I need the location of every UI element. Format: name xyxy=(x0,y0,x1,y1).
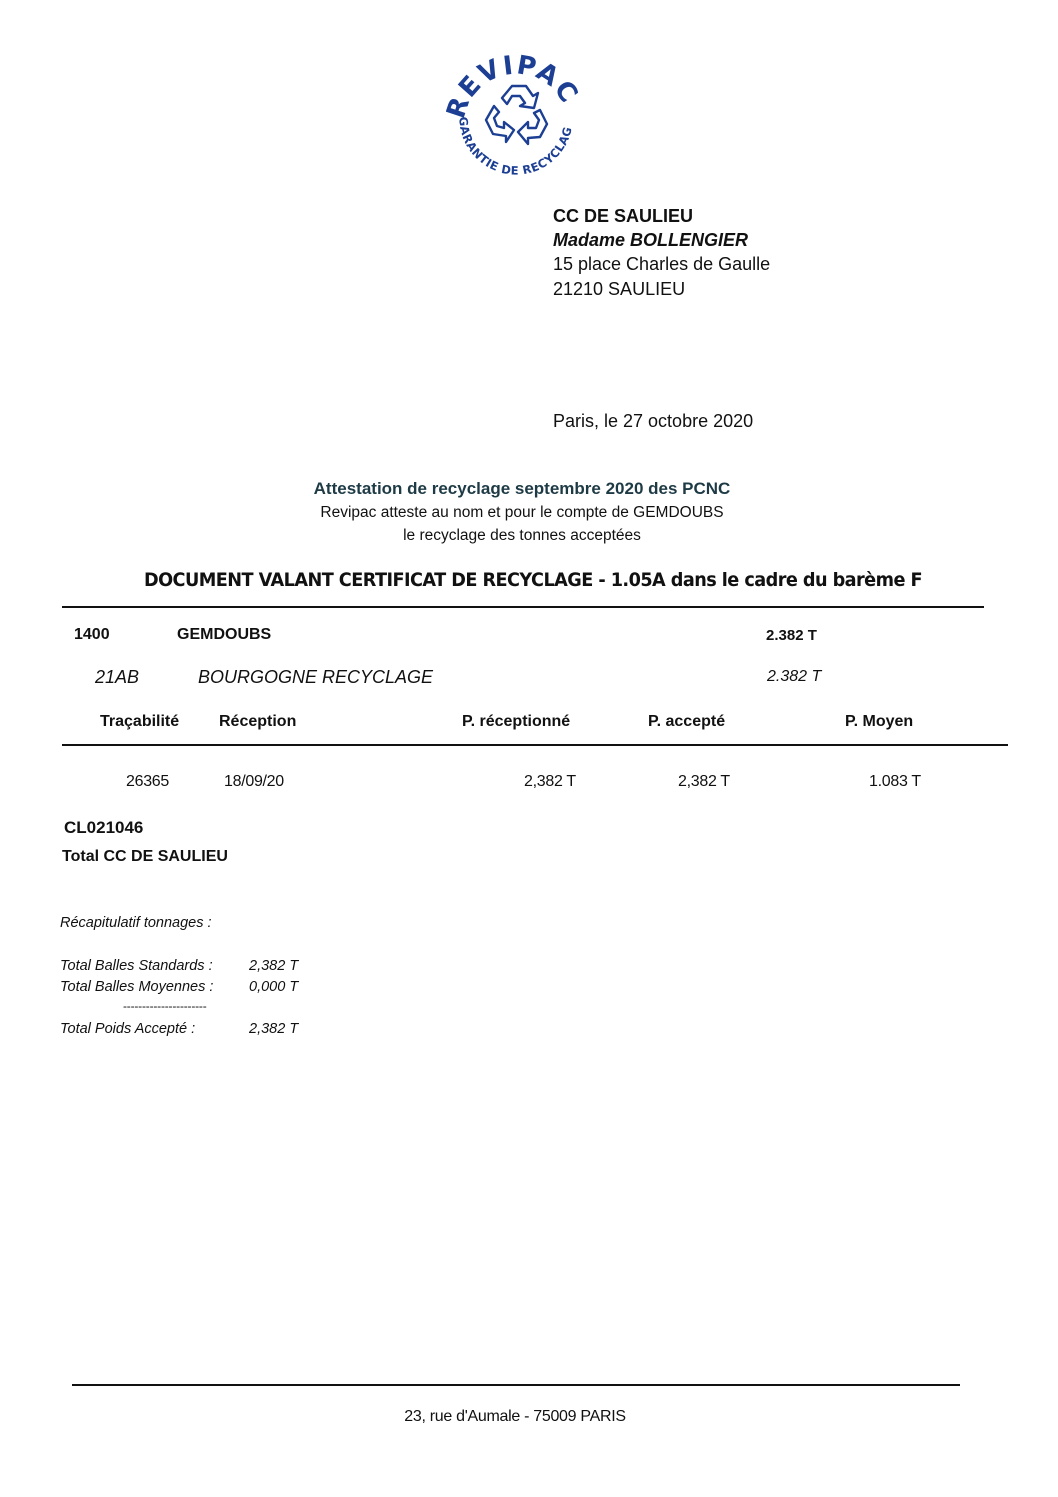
recap-moyennes-label: Total Balles Moyennes : xyxy=(60,979,213,995)
cell-reception: 18/09/20 xyxy=(224,773,284,791)
client-code: CL021046 xyxy=(64,818,143,838)
divider xyxy=(62,606,984,608)
recipient-city: 21210 SAULIEU xyxy=(553,277,685,301)
recycle-icon: REVIPAC GARANTIE DE RECYCLAGE xyxy=(446,52,582,188)
attestation-line-2: le recyclage des tonnes acceptées xyxy=(0,527,1044,545)
column-header-poids-receptionne: P. réceptionné xyxy=(462,713,570,731)
site-total: 2.382 T xyxy=(767,668,821,686)
column-header-poids-accepte: P. accepté xyxy=(648,713,725,731)
supplier-name: GEMDOUBS xyxy=(177,626,271,644)
site-code: 21AB xyxy=(95,667,139,688)
recap-total-value: 2,382 T xyxy=(249,1021,298,1037)
recap-title: Récapitulatif tonnages : xyxy=(60,915,212,931)
footer-divider xyxy=(72,1384,960,1386)
attestation-line-1: Revipac atteste au nom et pour le compte… xyxy=(0,504,1044,522)
document-date: Paris, le 27 octobre 2020 xyxy=(553,411,753,432)
cell-poids-moyen: 1.083 T xyxy=(869,773,921,791)
attestation-title: Attestation de recyclage septembre 2020 … xyxy=(0,479,1044,499)
column-header-tracabilite: Traçabilité xyxy=(100,713,179,731)
recap-standard-label: Total Balles Standards : xyxy=(60,958,213,974)
site-name: BOURGOGNE RECYCLAGE xyxy=(198,667,433,688)
table-header-divider xyxy=(62,744,1008,746)
cell-tracabilite: 26365 xyxy=(126,773,169,791)
recap-moyennes-value: 0,000 T xyxy=(249,979,298,995)
column-header-poids-moyen: P. Moyen xyxy=(845,713,913,731)
recap-standard-value: 2,382 T xyxy=(249,958,298,974)
cell-poids-accepte: 2,382 T xyxy=(678,773,730,791)
cell-poids-receptionne: 2,382 T xyxy=(524,773,576,791)
certificate-title: DOCUMENT VALANT CERTIFICAT DE RECYCLAGE … xyxy=(37,569,1028,591)
column-header-reception: Réception xyxy=(219,713,296,731)
recipient-contact: Madame BOLLENGIER xyxy=(553,228,748,252)
supplier-total: 2.382 T xyxy=(766,627,817,644)
supplier-code: 1400 xyxy=(74,626,110,644)
recipient-organization: CC DE SAULIEU xyxy=(553,204,693,228)
recap-total-label: Total Poids Accepté : xyxy=(60,1021,195,1037)
footer-address: 23, rue d'Aumale - 75009 PARIS xyxy=(0,1408,1030,1426)
revipac-logo: REVIPAC GARANTIE DE RECYCLAGE xyxy=(446,52,582,188)
recap-separator: ---------------------- xyxy=(123,999,207,1013)
client-total-label: Total CC DE SAULIEU xyxy=(62,848,228,866)
recipient-street: 15 place Charles de Gaulle xyxy=(553,252,770,276)
